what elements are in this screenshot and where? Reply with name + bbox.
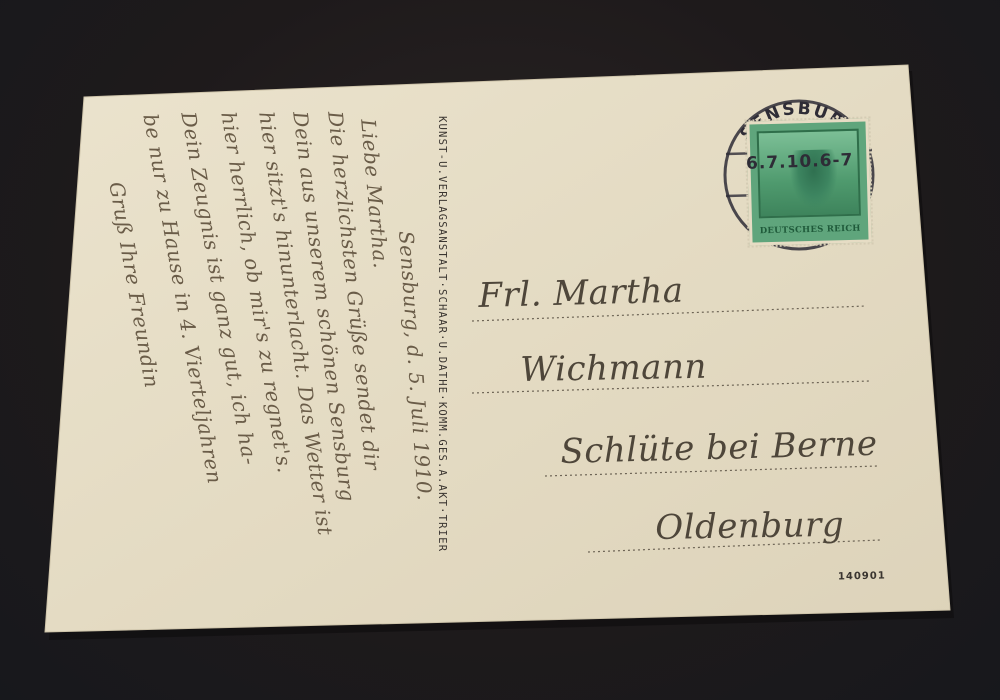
photo-scene: KUNST-U.VERLAGSANSTALT·SCHAAR·U.DATHE·KO…	[0, 0, 1000, 700]
postcard-card	[0, 0, 1000, 700]
